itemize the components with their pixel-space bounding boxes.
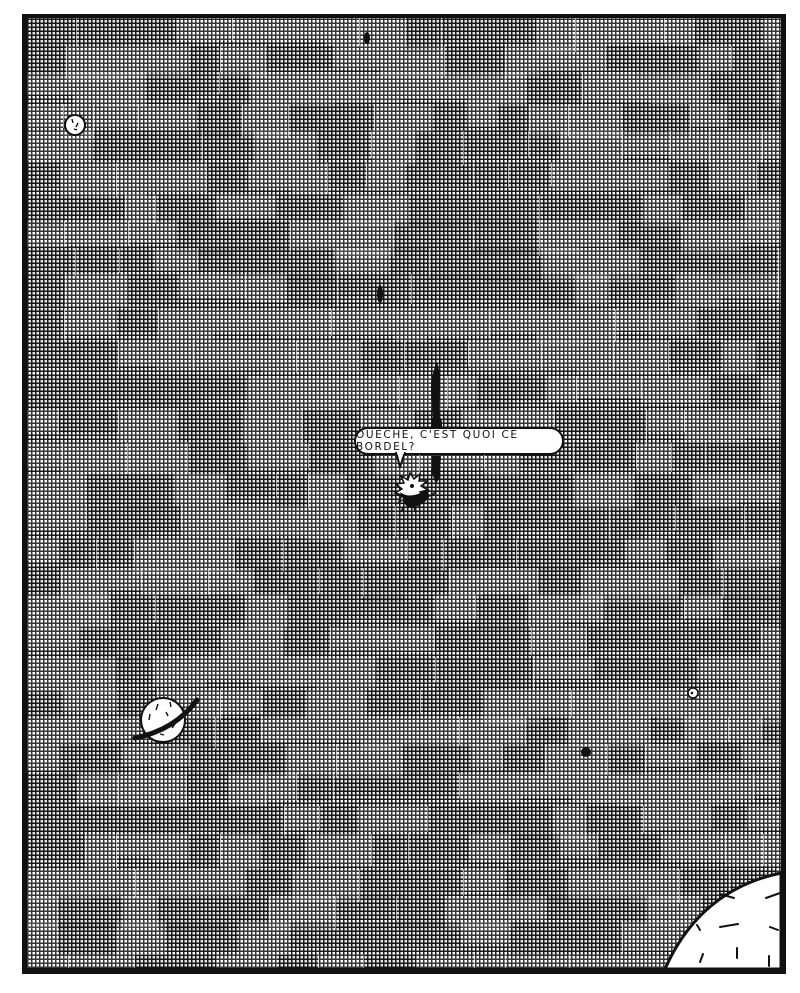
- speech-bubble-text: OUECHE, C'EST QUOI CE BORDEL?: [356, 429, 562, 453]
- black-streak: [432, 456, 441, 482]
- panel-artwork: [0, 0, 800, 993]
- spiky-character-icon: [395, 473, 436, 513]
- ink-blot: [581, 747, 591, 757]
- speech-bubble-tail: [395, 452, 409, 468]
- ink-blot: [364, 32, 370, 44]
- small-moon-icon: [65, 115, 85, 135]
- black-streak: [431, 362, 440, 420]
- large-planet-icon: [665, 873, 781, 969]
- speech-bubble: OUECHE, C'EST QUOI CE BORDEL?: [354, 427, 564, 455]
- ringed-planet-icon: [135, 698, 197, 742]
- ink-blot: [377, 285, 383, 303]
- tiny-planet-icon: [688, 688, 698, 698]
